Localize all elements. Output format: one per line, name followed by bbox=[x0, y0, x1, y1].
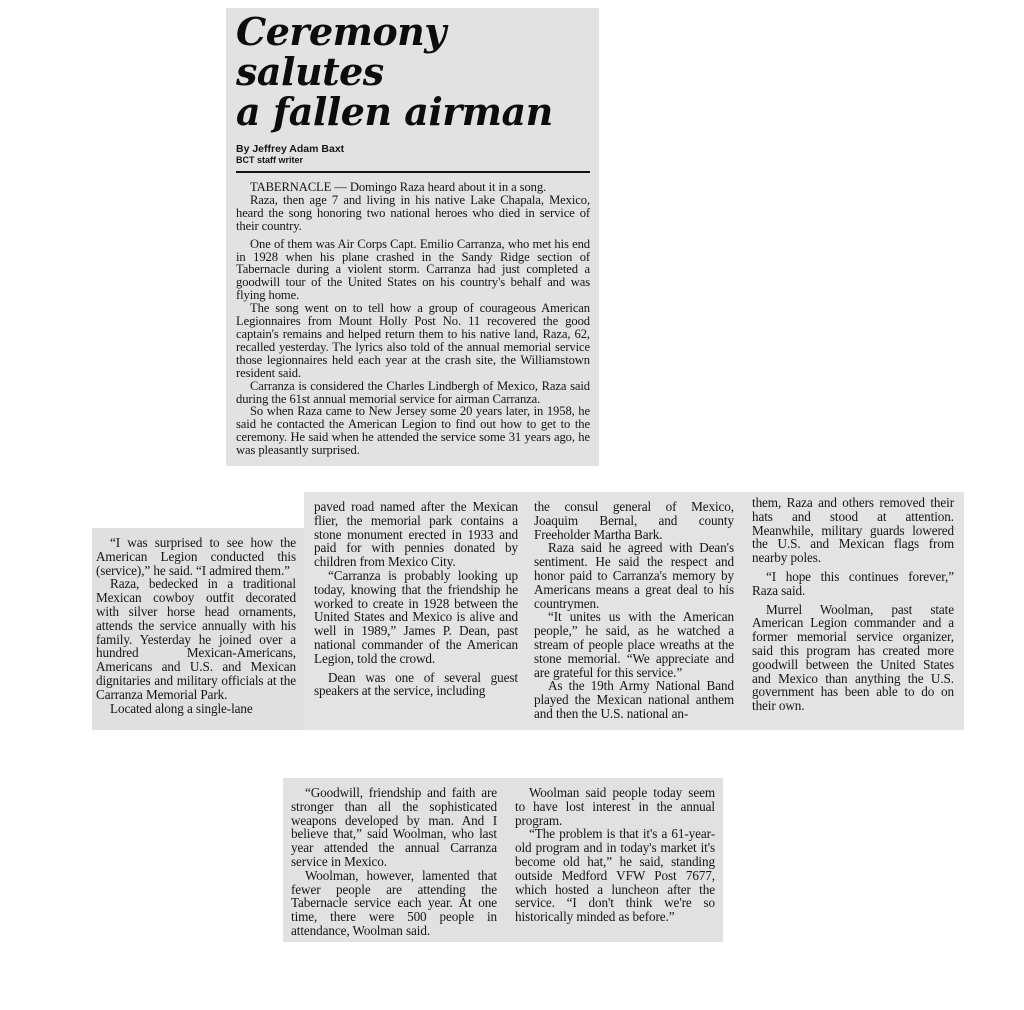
paragraph: “Goodwill, friendship and faith are stro… bbox=[291, 786, 497, 869]
headline: Ceremony salutes a fallen airman bbox=[236, 12, 590, 132]
paragraph: “I hope this continues forever,” Raza sa… bbox=[752, 570, 954, 598]
headline-line-1: Ceremony salutes bbox=[236, 12, 590, 92]
paragraph: As the 19th Army National Band played th… bbox=[534, 679, 734, 720]
paragraph: paved road named after the Mexican flier… bbox=[314, 500, 518, 569]
paragraph: The song went on to tell how a group of … bbox=[236, 302, 590, 379]
paragraph: Dean was one of several guest speakers a… bbox=[314, 671, 518, 699]
paragraph: Murrel Woolman, past state American Legi… bbox=[752, 603, 954, 713]
paragraph: “Carranza is probably looking up today, … bbox=[314, 569, 518, 666]
paragraph: So when Raza came to New Jersey some 20 … bbox=[236, 405, 590, 457]
column-3: the consul general of Mexico, Joaquim Be… bbox=[534, 500, 734, 721]
paragraph: “It unites us with the American people,”… bbox=[534, 610, 734, 679]
paragraph: the consul general of Mexico, Joaquim Be… bbox=[534, 500, 734, 541]
paragraph: One of them was Air Corps Capt. Emilio C… bbox=[236, 238, 590, 303]
column-6: Woolman said people today seem to have l… bbox=[515, 786, 715, 924]
paragraph: Raza said he agreed with Dean's sentimen… bbox=[534, 541, 734, 610]
headline-rule bbox=[236, 171, 590, 173]
column-5: “Goodwill, friendship and faith are stro… bbox=[291, 786, 497, 938]
paragraph: Located along a single-lane bbox=[96, 702, 296, 716]
paragraph: Carranza is considered the Charles Lindb… bbox=[236, 380, 590, 406]
column-2: paved road named after the Mexican flier… bbox=[314, 500, 518, 698]
paragraph: Raza, then age 7 and living in his nativ… bbox=[236, 194, 590, 233]
bottom-clipping: “Goodwill, friendship and faith are stro… bbox=[283, 778, 723, 942]
paragraph: “I was surprised to see how the American… bbox=[96, 536, 296, 577]
byline: By Jeffrey Adam Baxt bbox=[236, 144, 590, 155]
middle-clipping: paved road named after the Mexican flier… bbox=[304, 492, 964, 730]
column-1: “I was surprised to see how the American… bbox=[96, 536, 296, 715]
paragraph: Woolman said people today seem to have l… bbox=[515, 786, 715, 827]
byline-role: BCT staff writer bbox=[236, 155, 590, 165]
headline-clipping: Ceremony salutes a fallen airman By Jeff… bbox=[226, 8, 599, 466]
middle-clipping-left: “I was surprised to see how the American… bbox=[92, 528, 306, 730]
paragraph: Woolman, however, lamented that fewer pe… bbox=[291, 869, 497, 938]
headline-line-2: a fallen airman bbox=[236, 92, 590, 132]
paragraph: TABERNACLE — Domingo Raza heard about it… bbox=[236, 181, 590, 194]
paragraph: “The problem is that it's a 61-year-old … bbox=[515, 827, 715, 924]
paragraph: Raza, bedecked in a traditional Mexican … bbox=[96, 577, 296, 701]
paragraph: them, Raza and others removed their hats… bbox=[752, 496, 954, 565]
column-4: them, Raza and others removed their hats… bbox=[752, 496, 954, 713]
